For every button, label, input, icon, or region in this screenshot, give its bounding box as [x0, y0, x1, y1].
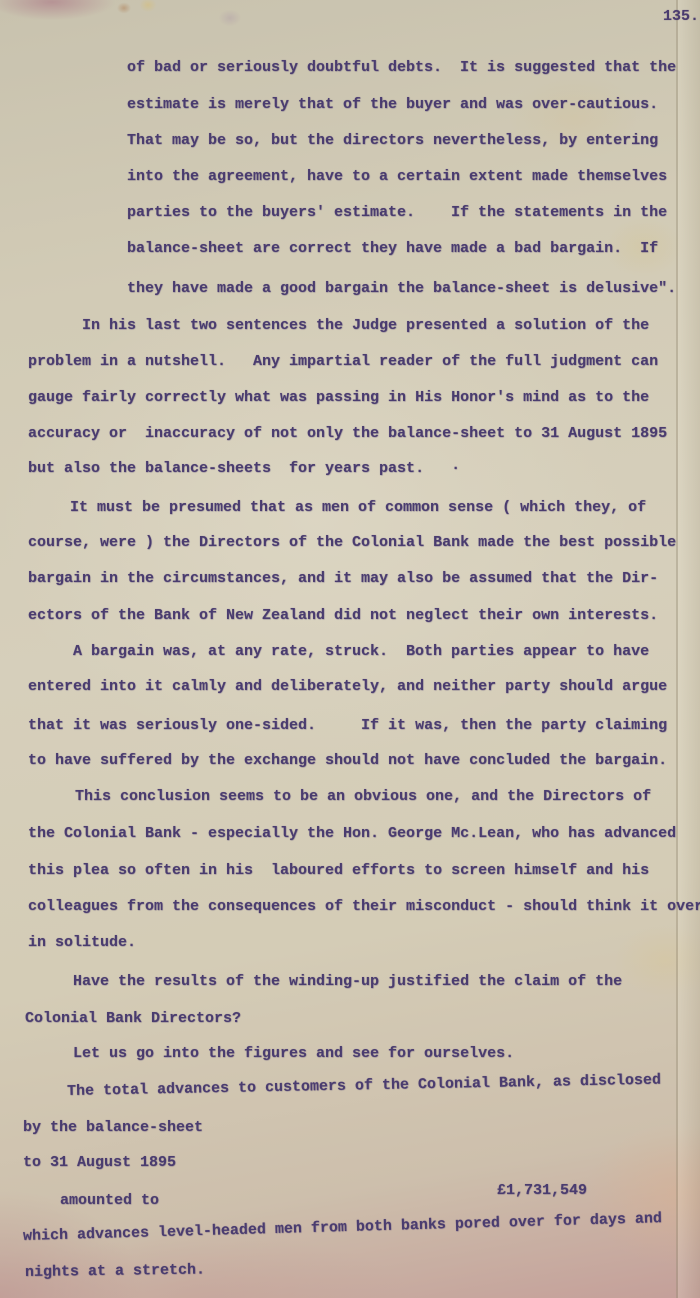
text-line: but also the balance-sheets for years pa… — [28, 460, 460, 477]
text-line: bargain in the circumstances, and it may… — [28, 570, 658, 587]
text-line: to 31 August 1895 — [23, 1154, 176, 1171]
text-line: nights at a stretch. — [25, 1261, 205, 1281]
text-line: course, were ) the Directors of the Colo… — [28, 534, 676, 551]
text-layer: of bad or seriously doubtful debts. It i… — [0, 0, 700, 1298]
typewritten-page: 135. of bad or seriously doubtful debts.… — [0, 0, 700, 1298]
text-line: into the agreement, have to a certain ex… — [127, 168, 667, 185]
text-line: balance-sheet are correct they have made… — [127, 240, 658, 257]
text-line: Colonial Bank Directors? — [25, 1010, 241, 1027]
text-line: gauge fairly correctly what was passing … — [28, 389, 649, 406]
text-line: problem in a nutshell. Any impartial rea… — [28, 353, 658, 370]
text-line: It must be presumed that as men of commo… — [70, 499, 646, 516]
text-line: to have suffered by the exchange should … — [28, 752, 667, 769]
text-line: colleagues from the consequences of thei… — [28, 898, 700, 915]
text-line: The total advances to customers of the C… — [67, 1072, 661, 1100]
text-line: ectors of the Bank of New Zealand did no… — [28, 607, 658, 624]
text-line: A bargain was, at any rate, struck. Both… — [73, 643, 649, 660]
text-line: Have the results of the winding-up justi… — [73, 973, 622, 990]
text-line: this plea so often in his laboured effor… — [28, 862, 649, 879]
text-line: £1,731,549 — [497, 1182, 587, 1199]
text-line: of bad or seriously doubtful debts. It i… — [127, 59, 676, 76]
text-line: Let us go into the figures and see for o… — [73, 1045, 514, 1062]
text-line: This conclusion seems to be an obvious o… — [75, 788, 651, 805]
text-line: in solitude. — [28, 934, 136, 951]
text-line: accuracy or inaccuracy of not only the b… — [28, 425, 667, 442]
text-line: amounted to — [60, 1192, 159, 1209]
text-line: by the balance-sheet — [23, 1119, 203, 1136]
text-line: the Colonial Bank - especially the Hon. … — [28, 825, 676, 842]
text-line: estimate is merely that of the buyer and… — [127, 96, 658, 113]
text-line: that it was seriously one-sided. If it w… — [28, 717, 667, 734]
text-line: parties to the buyers' estimate. If the … — [127, 204, 667, 221]
text-line: That may be so, but the directors nevert… — [127, 132, 658, 149]
text-line: In his last two sentences the Judge pres… — [82, 317, 649, 334]
text-line: entered into it calmly and deliberately,… — [28, 678, 667, 695]
text-line: which advances level-headed men from bot… — [23, 1210, 662, 1245]
text-line: they have made a good bargain the balanc… — [127, 280, 676, 297]
